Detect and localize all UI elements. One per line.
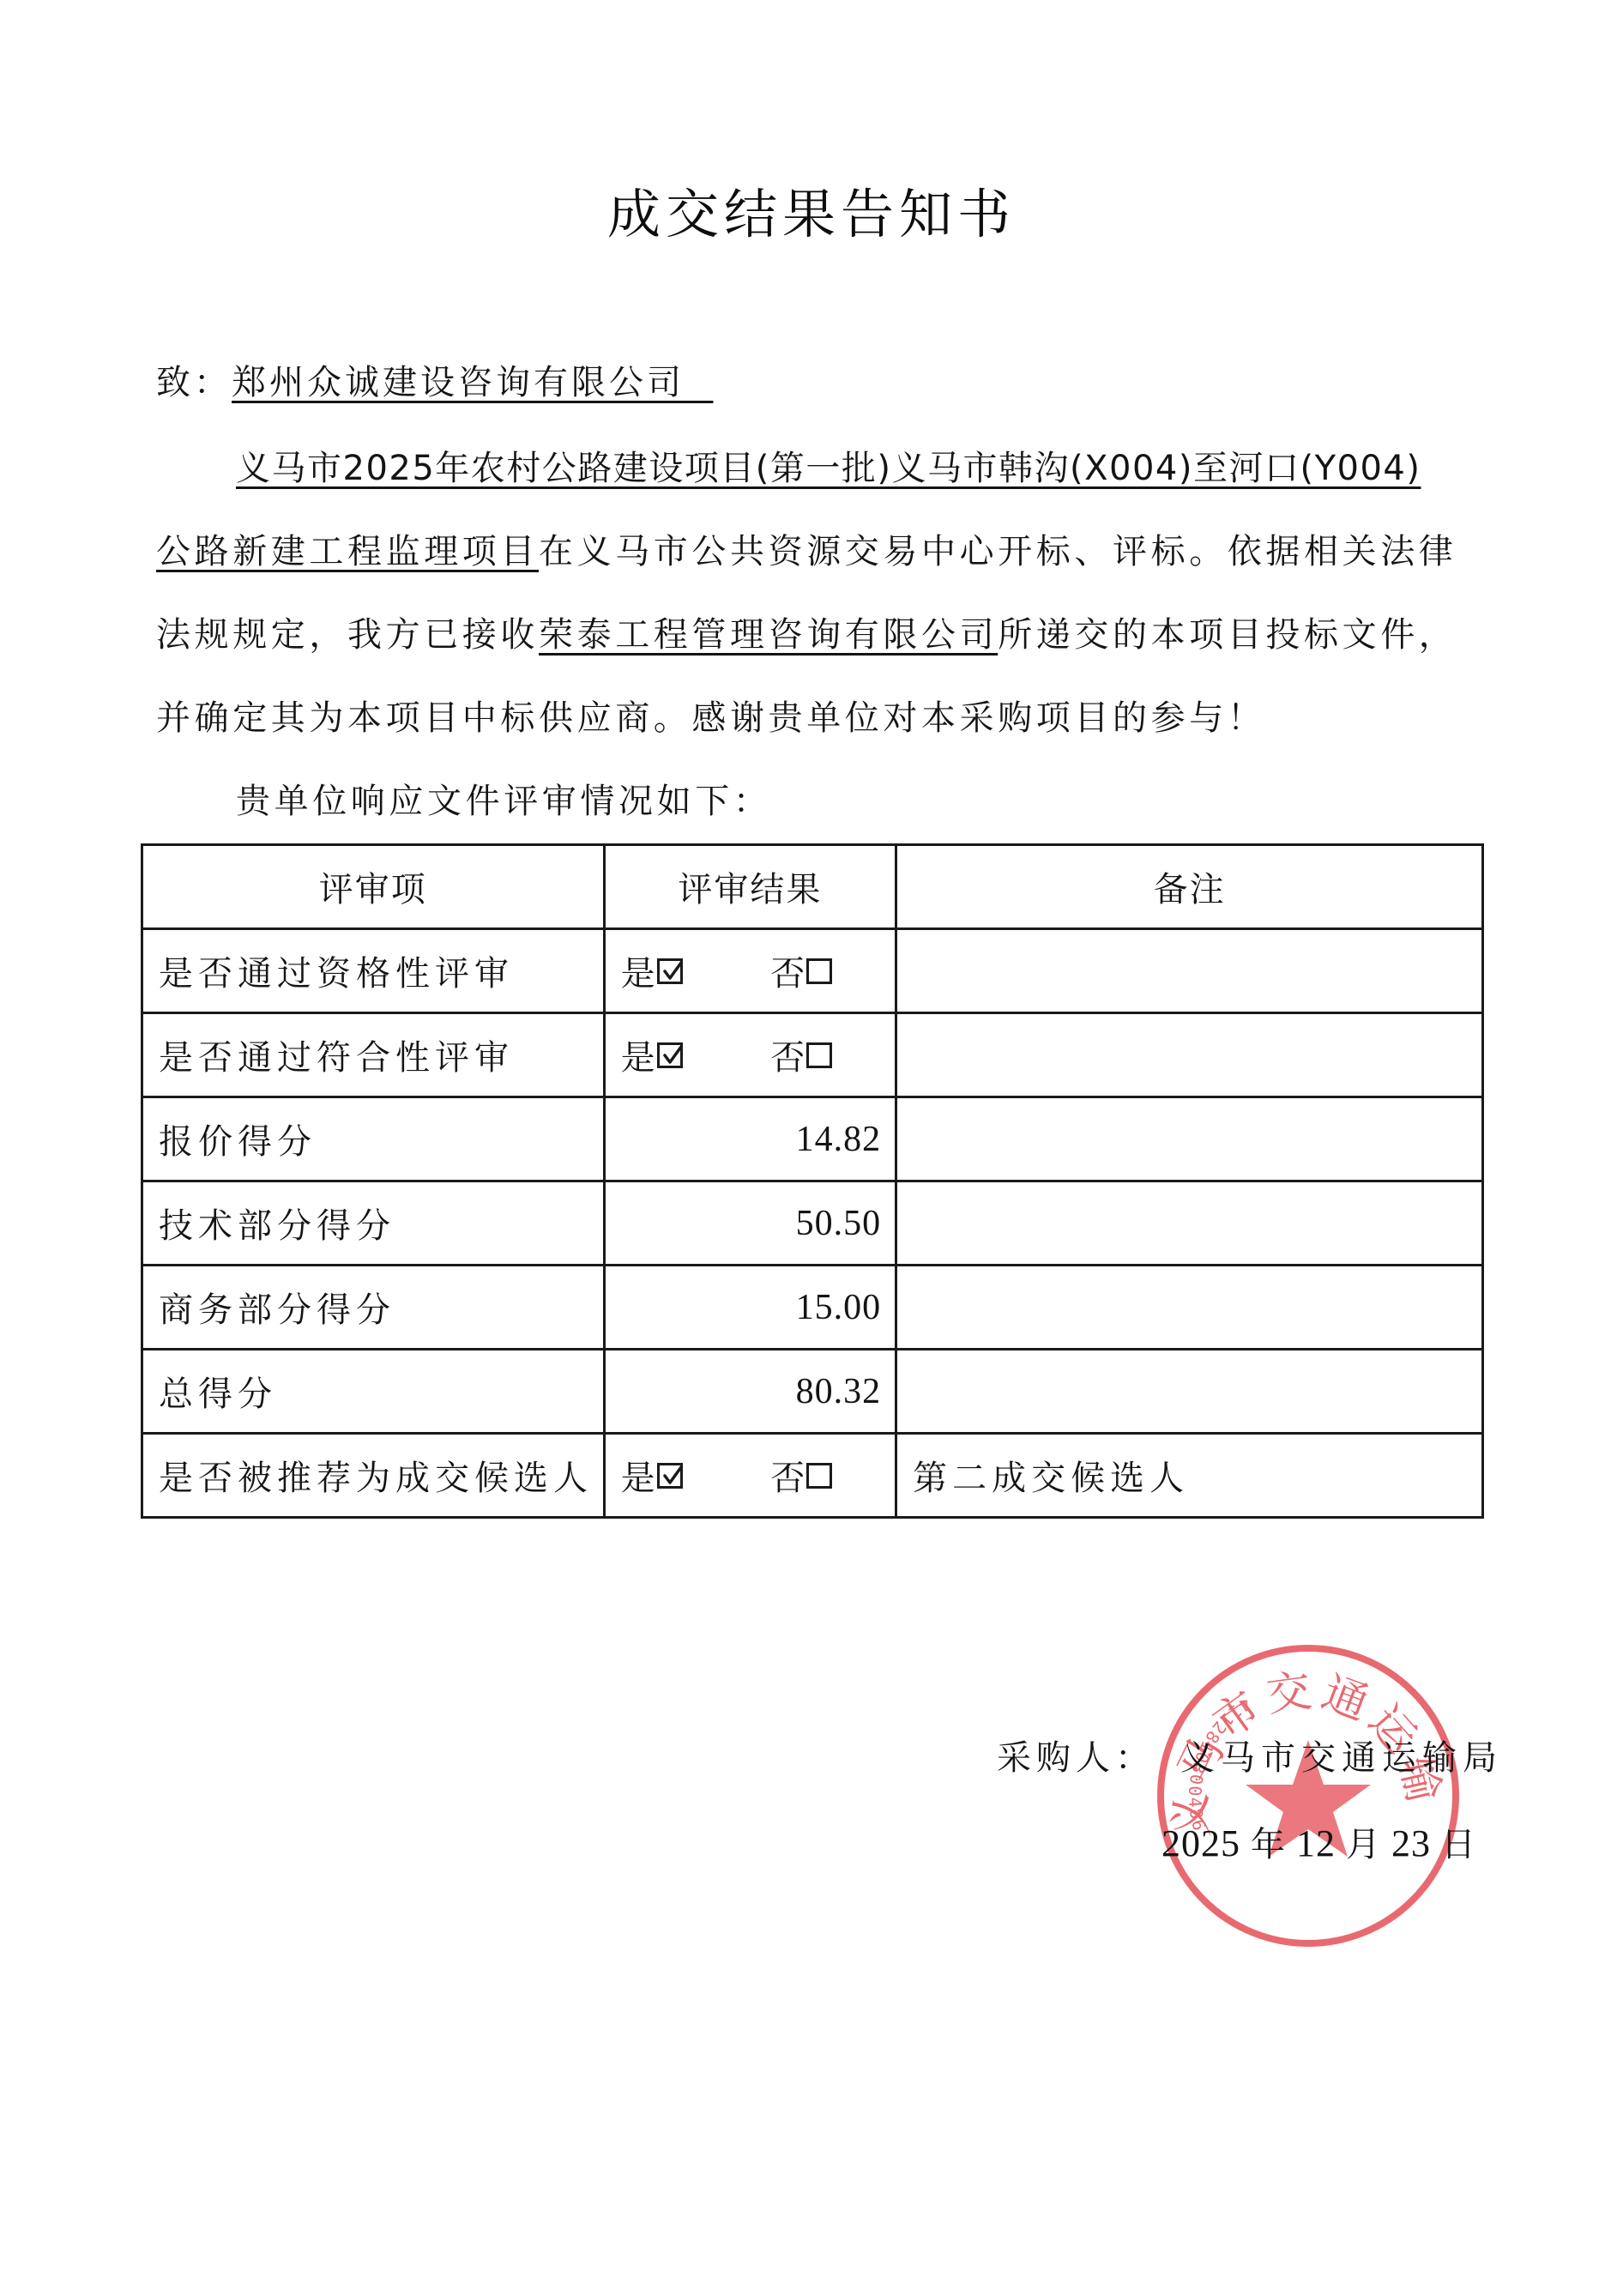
score-value: 15.00 — [604, 1266, 896, 1350]
body-line-2-text: 在义马市公共资源交易中心开标、评标。依据相关法律 — [539, 532, 1457, 571]
body-line-3-post: 所递交的本项目投标文件， — [998, 615, 1457, 655]
table-row: 是否被推荐为成交候选人 是 否 第二成交候选人 — [142, 1434, 1483, 1518]
table-row: 报价得分 14.82 — [142, 1097, 1483, 1181]
date-year: 2025 — [1161, 1822, 1240, 1864]
score-value: 80.32 — [604, 1350, 896, 1434]
review-item: 是否通过资格性评审 — [142, 929, 605, 1013]
checked-checkbox-icon — [657, 1463, 683, 1489]
project-name-part1: 义马市2025年农村公路建设项目(第一批)义马市韩沟(X004)至河口(Y004… — [236, 449, 1421, 488]
review-table: 评审项 评审结果 备注 是否通过资格性评审 是 否 — [141, 843, 1484, 1519]
document-page: 成交结果告知书 致：郑州众诚建设咨询有限公司 义马市2025年农村公路建设项目(… — [0, 0, 1623, 2296]
review-note — [896, 1097, 1483, 1181]
score-value: 50.50 — [604, 1181, 896, 1266]
review-intro: 贵单位响应文件评审情况如下： — [236, 779, 771, 824]
yes-option: 是 — [621, 1030, 683, 1079]
official-seal-icon: 义马市交通运输局 4112810300486 — [1149, 1637, 1467, 1955]
review-result: 是 否 — [604, 1434, 896, 1518]
buyer-name: 义马市交通运输局 — [1180, 1731, 1503, 1779]
signature-date: 2025 年 12 月 23 日 — [1161, 1817, 1476, 1866]
review-item: 是否通过符合性评审 — [142, 1013, 605, 1097]
empty-checkbox-icon — [806, 1042, 832, 1068]
winning-supplier: 荣泰工程管理咨询有限公司 — [539, 615, 998, 655]
review-item: 商务部分得分 — [142, 1266, 605, 1350]
body-line-1: 义马市2025年农村公路建设项目(第一批)义马市韩沟(X004)至河口(Y004… — [236, 446, 1421, 491]
review-note: 第二成交候选人 — [896, 1434, 1483, 1518]
table-header-row: 评审项 评审结果 备注 — [142, 845, 1483, 929]
review-note — [896, 1266, 1483, 1350]
no-option: 否 — [770, 946, 832, 995]
review-item: 报价得分 — [142, 1097, 605, 1181]
review-note — [896, 1181, 1483, 1266]
table-row: 是否通过资格性评审 是 否 — [142, 929, 1483, 1013]
table-row: 是否通过符合性评审 是 否 — [142, 1013, 1483, 1097]
review-result: 是 否 — [604, 1013, 896, 1097]
table-row: 技术部分得分 50.50 — [142, 1181, 1483, 1266]
body-line-2: 公路新建工程监理项目在义马市公共资源交易中心开标、评标。依据相关法律 — [156, 529, 1457, 574]
yes-option: 是 — [621, 1451, 683, 1500]
checked-checkbox-icon — [657, 1042, 683, 1068]
no-option: 否 — [770, 1451, 832, 1500]
table-row: 总得分 80.32 — [142, 1350, 1483, 1434]
header-review-item: 评审项 — [142, 845, 605, 929]
review-note — [896, 929, 1483, 1013]
empty-checkbox-icon — [806, 958, 832, 984]
project-name-part2: 公路新建工程监理项目 — [156, 532, 539, 571]
body-line-4: 并确定其为本项目中标供应商。感谢贵单位对本采购项目的参与！ — [156, 696, 1265, 740]
review-note — [896, 1013, 1483, 1097]
table-row: 商务部分得分 15.00 — [142, 1266, 1483, 1350]
review-item: 是否被推荐为成交候选人 — [142, 1434, 605, 1518]
buyer-label: 采购人： — [997, 1731, 1155, 1779]
addressee-prefix: 致： — [156, 363, 232, 402]
no-option: 否 — [770, 1030, 832, 1079]
body-line-3: 法规规定，我方已接收荣泰工程管理咨询有限公司所递交的本项目投标文件， — [156, 613, 1457, 657]
date-month: 12 — [1296, 1822, 1336, 1864]
review-note — [896, 1350, 1483, 1434]
checked-checkbox-icon — [657, 958, 683, 984]
addressee-name: 郑州众诚建设咨询有限公司 — [232, 363, 685, 402]
yes-option: 是 — [621, 946, 683, 995]
document-title: 成交结果告知书 — [0, 172, 1623, 248]
addressee-line: 致：郑州众诚建设咨询有限公司 — [156, 360, 713, 405]
review-item: 总得分 — [142, 1350, 605, 1434]
header-remarks: 备注 — [896, 845, 1483, 929]
review-result: 是 否 — [604, 929, 896, 1013]
empty-checkbox-icon — [806, 1463, 832, 1489]
review-item: 技术部分得分 — [142, 1181, 605, 1266]
score-value: 14.82 — [604, 1097, 896, 1181]
date-day: 23 — [1391, 1822, 1431, 1864]
header-review-result: 评审结果 — [604, 845, 896, 929]
body-line-3-pre: 法规规定，我方已接收 — [156, 615, 539, 655]
